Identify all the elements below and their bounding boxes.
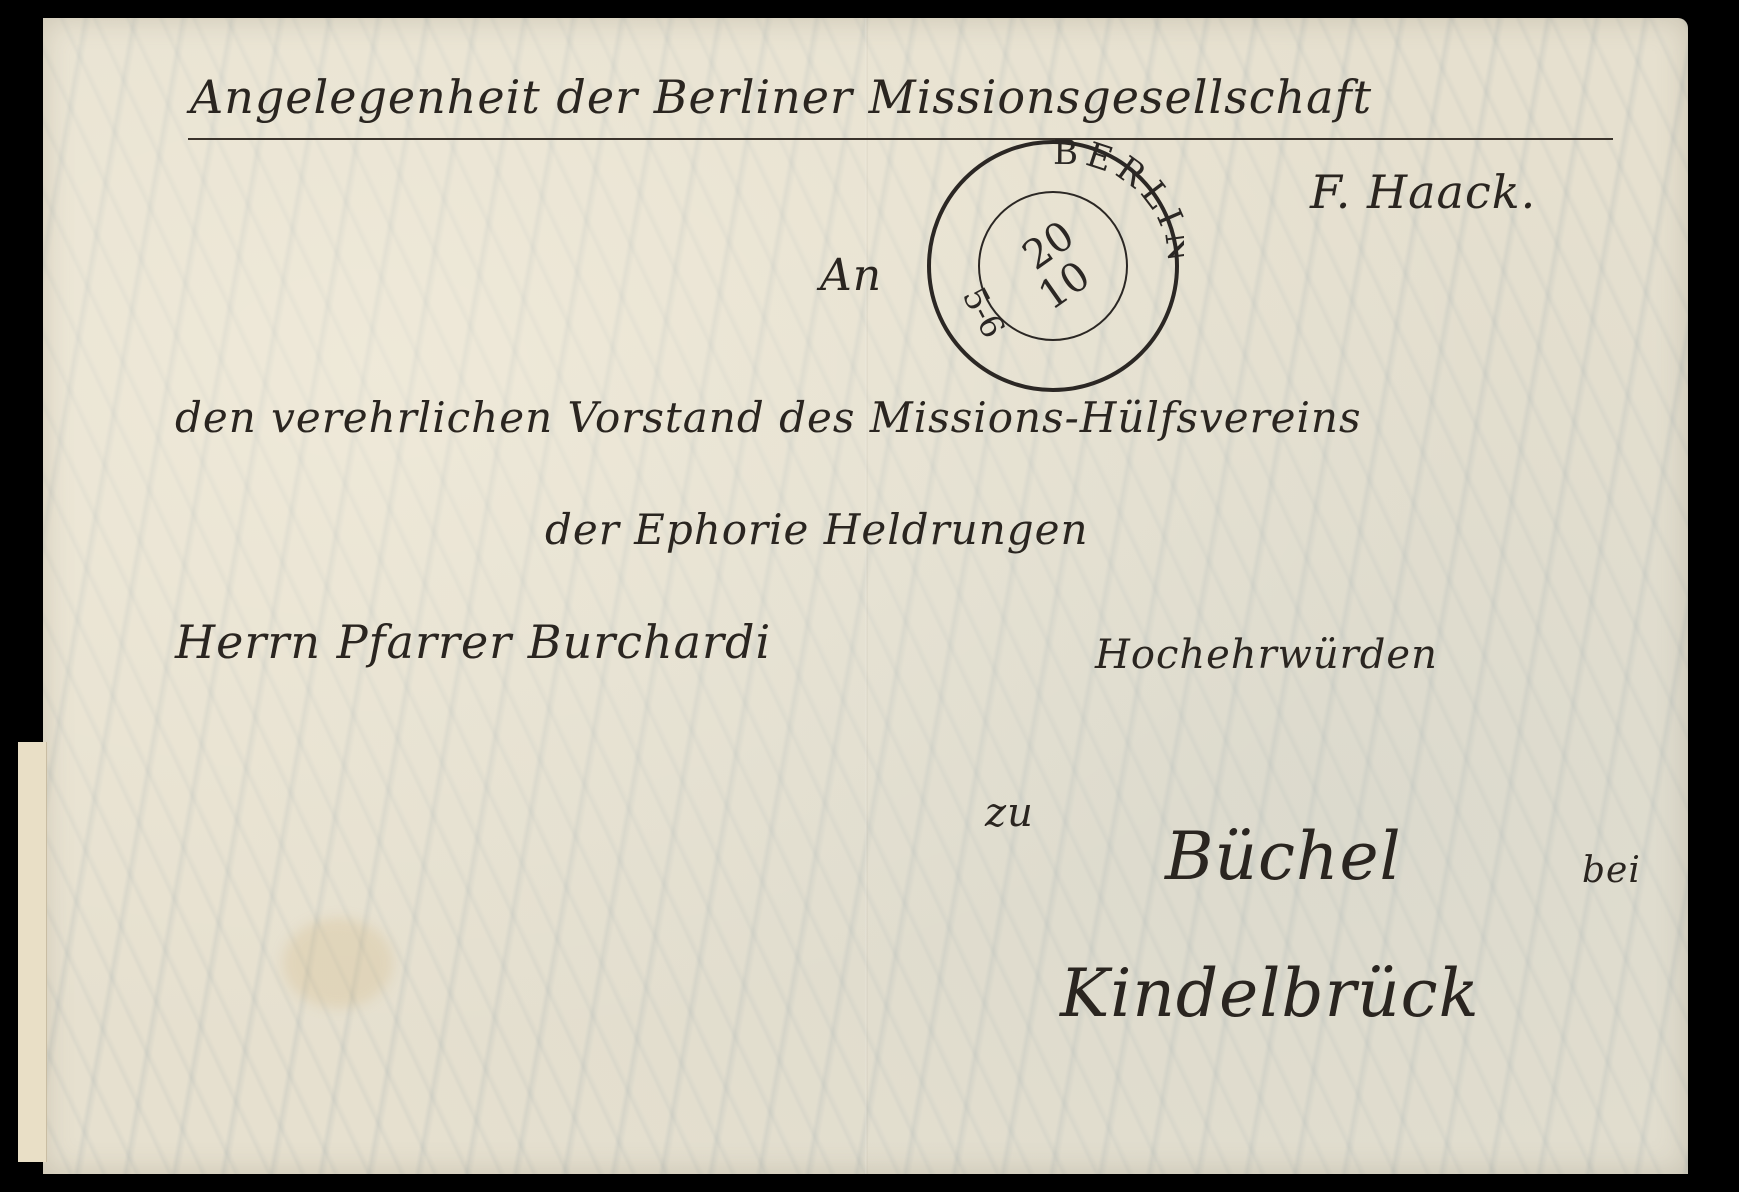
address-line-1: den verehrlichen Vorstand des Missions-H… <box>175 393 1362 442</box>
address-honorific: Hochehrwürden <box>1095 632 1438 678</box>
berlin-postmark: BERLIN 20 10 5-6 <box>922 135 1184 397</box>
address-salutation: An <box>820 250 882 301</box>
address-bei: bei <box>1582 850 1641 891</box>
sender-signature: F. Haack. <box>1310 165 1536 219</box>
folded-edge-flap <box>18 742 47 1162</box>
address-line-2: der Ephorie Heldrungen <box>545 505 1089 554</box>
postmark-hours: 5-6 <box>955 281 1013 344</box>
subject-underline <box>188 138 1613 140</box>
foxing-stain <box>283 918 393 1008</box>
address-preposition: zu <box>985 790 1034 836</box>
address-post-town: Kindelbrück <box>1060 955 1480 1032</box>
subject-line: Angelegenheit der Berliner Missionsgesel… <box>190 70 1372 124</box>
fold-crease <box>865 18 868 1174</box>
address-line-3: Herrn Pfarrer Burchardi <box>175 615 771 669</box>
letter-sheet: Angelegenheit der Berliner Missionsgesel… <box>43 18 1688 1174</box>
address-town: Büchel <box>1165 818 1402 895</box>
